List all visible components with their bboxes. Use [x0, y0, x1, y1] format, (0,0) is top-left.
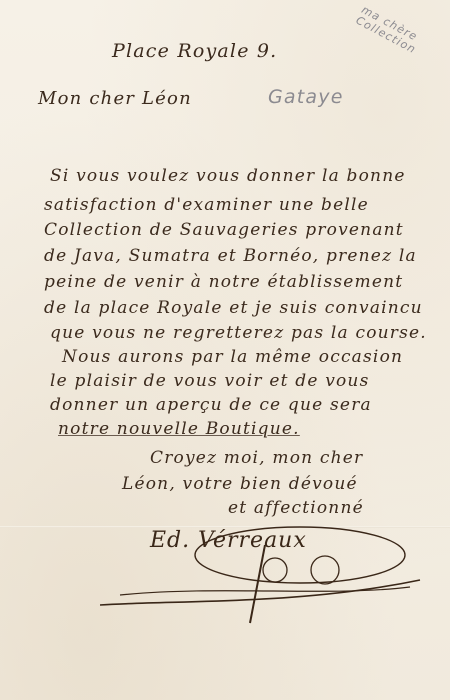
pencil-annotation-name: Gataye: [268, 86, 344, 108]
closing-line-2: Léon, votre bien dévoué: [122, 474, 358, 494]
body-line-8: Nous aurons par la même occasion: [62, 347, 403, 367]
body-line-5: peine de venir à notre établissement: [44, 272, 403, 292]
body-line-11: notre nouvelle Boutique.: [58, 419, 300, 439]
body-line-2: satisfaction d'examiner une belle: [44, 195, 369, 215]
body-line-1: Si vous voulez vous donner la bonne: [50, 166, 406, 186]
body-line-3: Collection de Sauvageries provenant: [44, 220, 404, 240]
letter-page: Place Royale 9. ma chère Collection Mon …: [0, 0, 450, 700]
signature-flourish-icon: [100, 505, 430, 625]
pencil-annotation-corner: ma chère Collection: [354, 4, 445, 67]
body-line-9: le plaisir de vous voir et de vous: [50, 371, 370, 391]
signature: Ed. Vérreaux: [150, 528, 307, 553]
closing-line-1: Croyez moi, mon cher: [150, 448, 363, 468]
body-line-4: de Java, Sumatra et Bornéo, prenez la: [44, 246, 417, 266]
body-line-7: que vous ne regretterez pas la course.: [50, 323, 427, 343]
address-header: Place Royale 9.: [112, 40, 277, 62]
body-line-6: de la place Royale et je suis convaincu: [44, 298, 423, 318]
body-line-10: donner un aperçu de ce que sera: [50, 395, 372, 415]
salutation: Mon cher Léon: [38, 88, 192, 109]
